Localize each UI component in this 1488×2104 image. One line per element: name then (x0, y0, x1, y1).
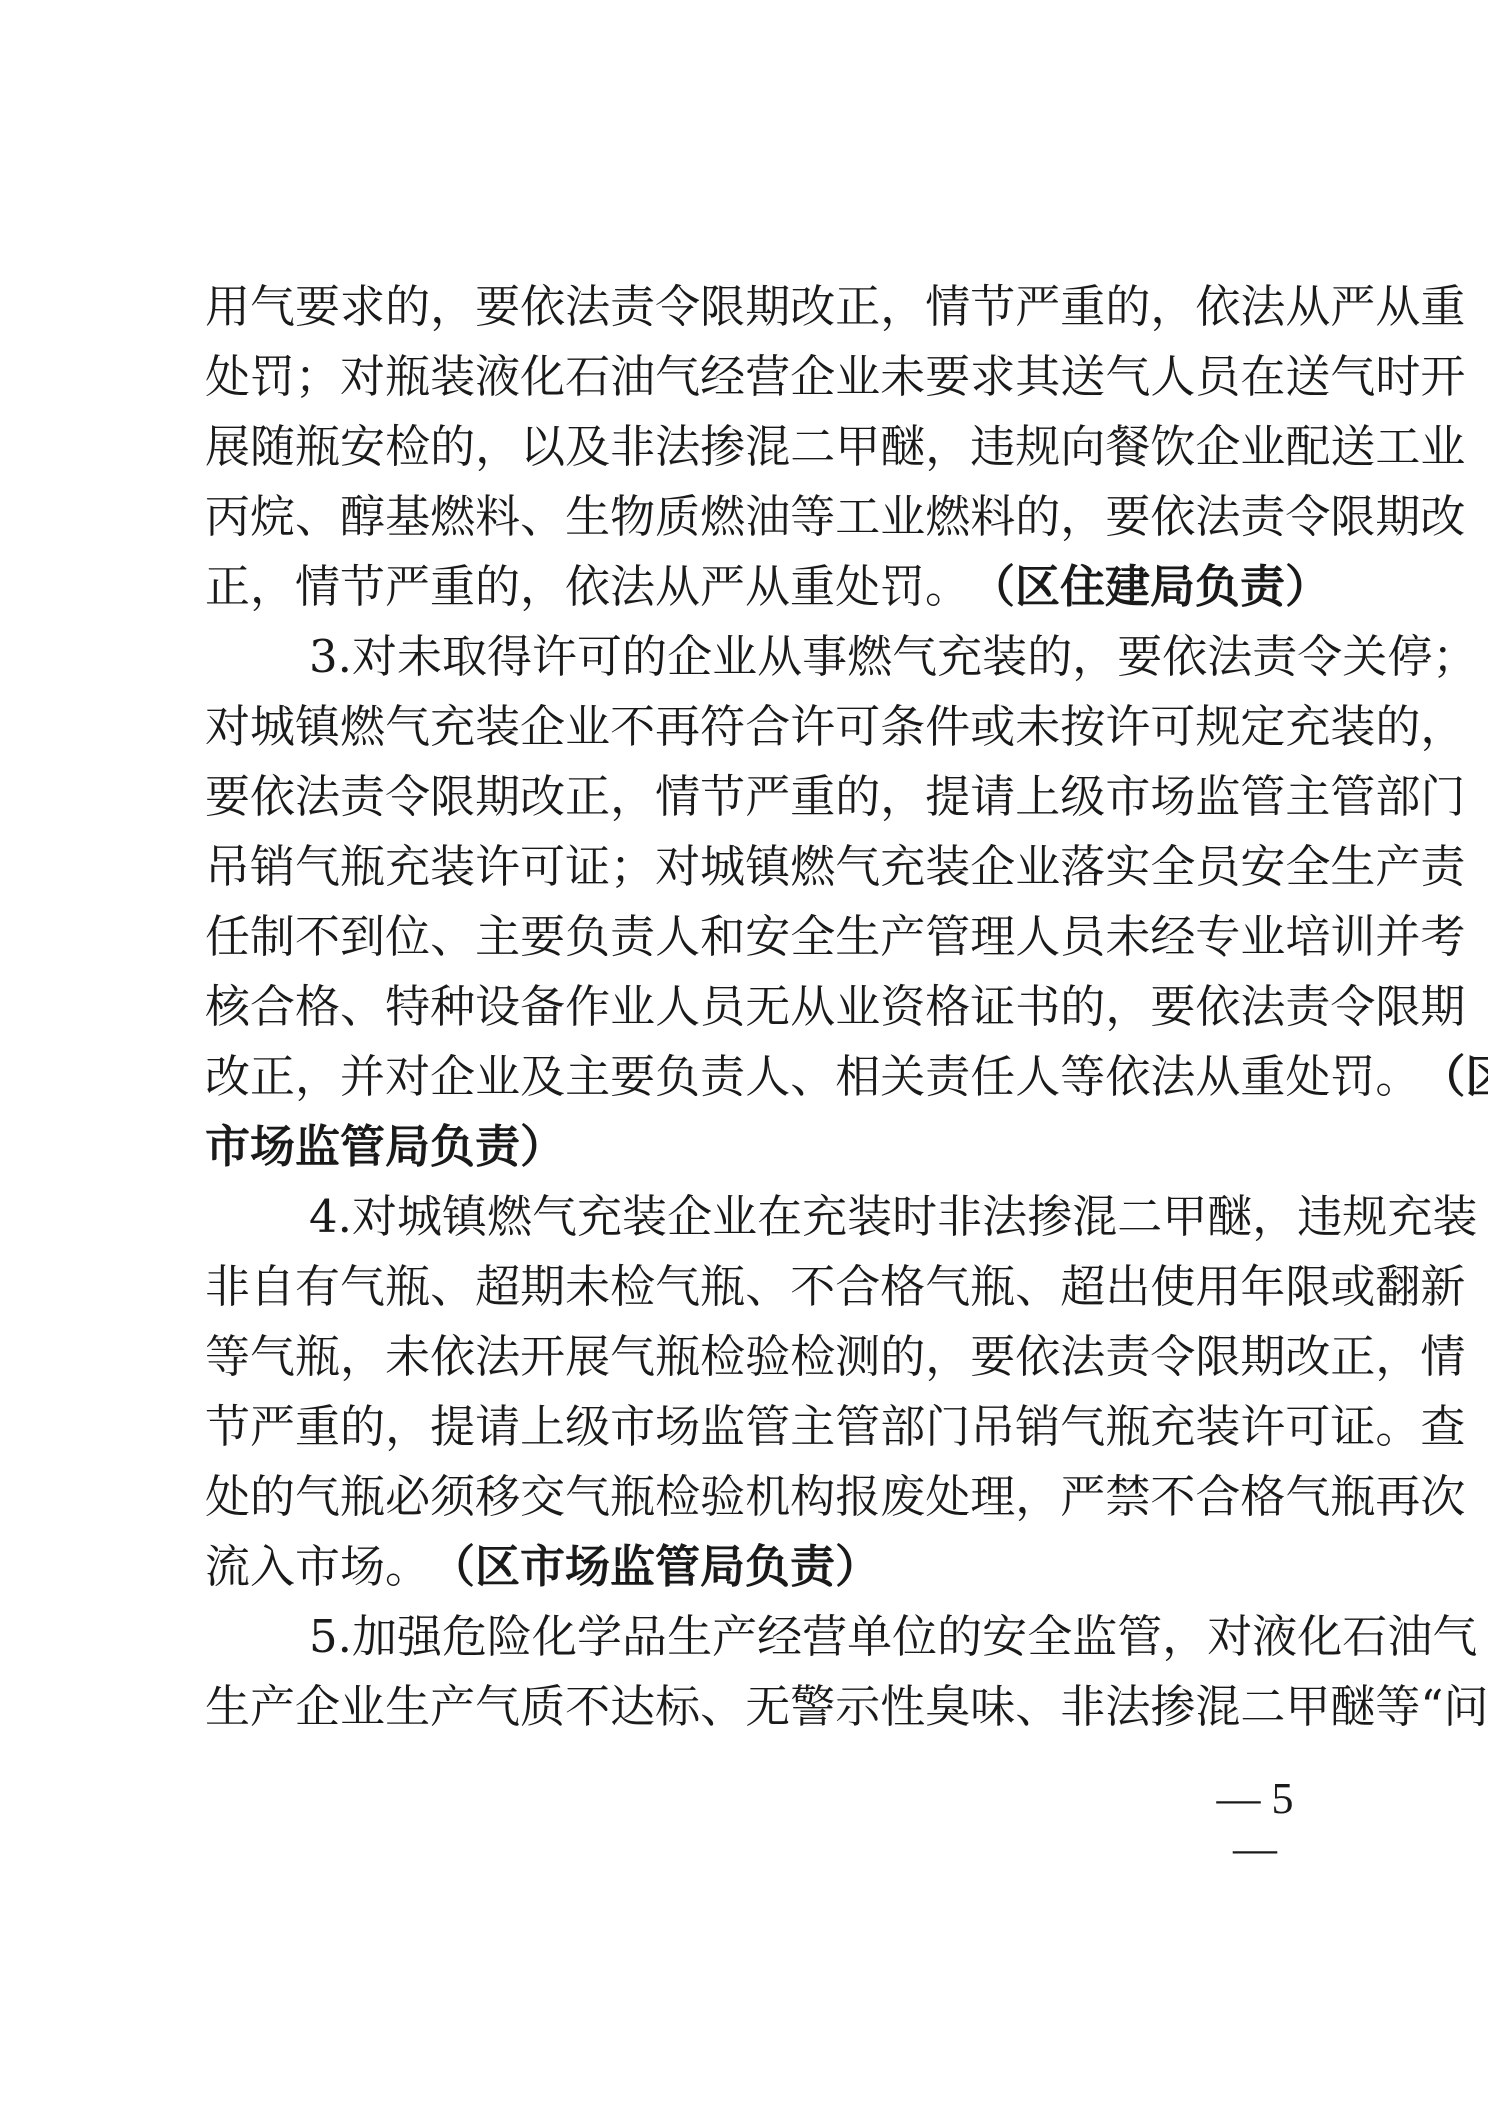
glyph: 未 (385, 1322, 430, 1392)
glyph: . (338, 1602, 352, 1672)
glyph: . (338, 1182, 352, 1252)
glyph: 业 (340, 1672, 385, 1742)
glyph: 二 (790, 412, 835, 482)
glyph: 无 (745, 1672, 790, 1742)
glyph: 从 (790, 972, 835, 1042)
glyph: 严 (745, 762, 790, 832)
glyph: 检 (385, 412, 430, 482)
glyph: 查 (1420, 1392, 1465, 1462)
glyph: 燃 (925, 482, 970, 552)
glyph: 构 (790, 1462, 835, 1532)
glyph: 气 (892, 622, 937, 692)
glyph: 节 (700, 762, 745, 832)
glyph: 责 (610, 902, 655, 972)
glyph: 开 (1420, 342, 1465, 412)
glyph: 市 (610, 1392, 655, 1462)
glyph: 石 (565, 342, 610, 412)
glyph: 情 (925, 272, 970, 342)
glyph: 报 (835, 1462, 880, 1532)
glyph: 要 (1105, 482, 1150, 552)
glyph: 依 (1105, 1042, 1150, 1112)
glyph: 依 (520, 272, 565, 342)
glyph: 书 (1015, 972, 1060, 1042)
glyph: 并 (340, 1042, 385, 1112)
glyph: 部 (880, 1392, 925, 1462)
glyph: 全 (1150, 832, 1195, 902)
glyph: 气 (655, 342, 700, 412)
glyph: 许 (790, 692, 835, 762)
text-line-17: 节严重的，提请上级市场监管主管部门吊销气瓶充装许可证。查 (205, 1392, 1315, 1462)
glyph: 须 (430, 1462, 475, 1532)
glyph: 安 (1240, 832, 1285, 902)
glyph: 使 (1150, 1252, 1195, 1322)
glyph: 随 (250, 412, 295, 482)
glyph: 作 (565, 972, 610, 1042)
glyph: 并 (1375, 902, 1420, 972)
glyph: 、 (430, 902, 475, 972)
glyph: 气 (1285, 1462, 1330, 1532)
glyph: 备 (520, 972, 565, 1042)
text-line-9: 吊销气瓶充装许可证；对城镇燃气充装企业落实全员安全生产责 (205, 832, 1315, 902)
glyph: 相 (835, 1042, 880, 1112)
glyph: 新 (1420, 1252, 1465, 1322)
glyph: 证 (1330, 1392, 1375, 1462)
glyph: 瓶 (295, 1322, 340, 1392)
glyph: 要 (475, 272, 520, 342)
text-line-11: 核合格、特种设备作业人员无从业资格证书的，要依法责令限期 (205, 972, 1315, 1042)
glyph: 安 (340, 412, 385, 482)
glyph: 证 (565, 832, 610, 902)
glyph: 醚 (1207, 1182, 1252, 1252)
glyph: 充 (1285, 692, 1330, 762)
glyph: 企 (667, 622, 712, 692)
glyph: 责 (610, 272, 655, 342)
text-line-8: 要依法责令限期改正，情节严重的，提请上级市场监管主管部门 (205, 762, 1315, 832)
glyph: 充 (937, 622, 982, 692)
glyph: ； (295, 342, 340, 412)
glyph: ， (385, 1392, 430, 1462)
glyph: 燃 (340, 692, 385, 762)
glyph: 得 (487, 622, 532, 692)
glyph: 燃 (430, 482, 475, 552)
glyph: 检 (610, 1252, 655, 1322)
glyph: 生 (385, 1672, 430, 1742)
item-4-start: 4.对城镇燃气充装企业在充装时非法掺混二甲醚，违规充装 (205, 1182, 1315, 1252)
glyph: 混 (1072, 1182, 1117, 1252)
glyph: 上 (520, 1392, 565, 1462)
glyph: ， (925, 412, 970, 482)
glyph: 其 (1015, 342, 1060, 412)
glyph: 到 (340, 902, 385, 972)
glyph: 请 (475, 1392, 520, 1462)
glyph: 示 (835, 1672, 880, 1742)
glyph: 气 (835, 832, 880, 902)
glyph: 重 (1240, 1042, 1285, 1112)
glyph: 次 (1420, 1462, 1465, 1532)
glyph: 的 (1060, 972, 1105, 1042)
glyph: 管 (1240, 762, 1285, 832)
glyph: 燃 (487, 1182, 532, 1252)
glyph: 场 (1150, 762, 1195, 832)
glyph: 验 (745, 1322, 790, 1392)
glyph: 测 (835, 1322, 880, 1392)
glyph: 强 (397, 1602, 442, 1672)
glyph: ； (1432, 622, 1477, 692)
glyph: 标 (655, 1672, 700, 1742)
glyph: 全 (1285, 832, 1330, 902)
glyph: 正 (1330, 1322, 1375, 1392)
text-line-4: 丙烷、醇基燃料、生物质燃油等工业燃料的，要依法责令限期改 (205, 482, 1315, 552)
glyph: 改 (1420, 482, 1465, 552)
glyph: 违 (1297, 1182, 1342, 1252)
glyph: 质 (520, 1672, 565, 1742)
glyph: 请 (970, 762, 1015, 832)
glyph: ， (1150, 272, 1195, 342)
glyph: ， (1420, 692, 1465, 762)
glyph: 令 (1297, 622, 1342, 692)
glyph: 格 (295, 972, 340, 1042)
glyph: 向 (1060, 412, 1105, 482)
item-5-start: 5.加强危险化学品生产经营单位的安全监管，对液化石油气 (205, 1602, 1315, 1672)
glyph: 管 (835, 1392, 880, 1462)
glyph: 燃 (700, 482, 745, 552)
glyph: 加 (352, 1602, 397, 1672)
glyph: 专 (1195, 902, 1240, 972)
responsible-dept: （区住建局负责） (970, 552, 1330, 622)
glyph: 、 (745, 1252, 790, 1322)
glyph: ； (610, 832, 655, 902)
glyph: 期 (1375, 482, 1420, 552)
glyph: 装 (1195, 1392, 1240, 1462)
glyph: 送 (1285, 342, 1330, 412)
glyph: 市 (1105, 762, 1150, 832)
glyph: 主 (565, 1042, 610, 1112)
glyph: 改 (205, 1042, 250, 1112)
glyph: 正 (250, 1042, 295, 1112)
glyph: 。 (1375, 1392, 1420, 1462)
glyph: 令 (1285, 482, 1330, 552)
glyph: 有 (295, 1252, 340, 1322)
glyph: 节 (205, 1392, 250, 1462)
glyph: 甲 (1162, 1182, 1207, 1252)
glyph: 生 (1330, 832, 1375, 902)
glyph: 产 (880, 902, 925, 972)
glyph: 实 (1105, 832, 1150, 902)
glyph: 单 (847, 1602, 892, 1672)
glyph: 混 (745, 412, 790, 482)
glyph: 的 (250, 1462, 295, 1532)
glyph: 瓶 (295, 412, 340, 482)
glyph: 处 (205, 342, 250, 412)
glyph: 年 (1240, 1252, 1285, 1322)
glyph: 质 (655, 482, 700, 552)
glyph: 规 (1342, 1182, 1387, 1252)
glyph: ， (475, 412, 520, 482)
glyph: 展 (205, 412, 250, 482)
glyph: 监 (1195, 762, 1240, 832)
glyph: 情 (655, 762, 700, 832)
glyph: 令 (1330, 972, 1375, 1042)
glyph: 处 (1285, 1042, 1330, 1112)
glyph: 对 (1207, 1602, 1252, 1672)
glyph: 充 (430, 692, 475, 762)
glyph: 不 (610, 692, 655, 762)
text-line-15: 非自有气瓶、超期未检气瓶、不合格气瓶、超出使用年限或翻新 (205, 1252, 1315, 1322)
glyph: 吊 (970, 1392, 1015, 1462)
glyph: 企 (970, 832, 1015, 902)
glyph: 瓶 (340, 1462, 385, 1532)
glyph: 级 (565, 1392, 610, 1462)
glyph: 业 (1240, 902, 1285, 972)
glyph: 可 (835, 692, 880, 762)
glyph: 全 (1027, 1602, 1072, 1672)
glyph: 化 (1297, 1602, 1342, 1672)
glyph: 或 (1330, 1252, 1375, 1322)
glyph: 依 (1195, 972, 1240, 1042)
glyph: 管 (1117, 1602, 1162, 1672)
glyph: 员 (700, 972, 745, 1042)
glyph: 工 (835, 482, 880, 552)
glyph: 液 (1252, 1602, 1297, 1672)
glyph: 非 (205, 1252, 250, 1322)
glyph: 危 (442, 1602, 487, 1672)
text-line-10: 任制不到位、主要负责人和安全生产管理人员未经专业培训并考 (205, 902, 1315, 972)
glyph: 格 (925, 972, 970, 1042)
glyph: 主 (475, 902, 520, 972)
body-text: 用气要求的，要依法责令限期改正，情节严重的，依法从严从重 处罚；对瓶装液化石油气… (205, 272, 1315, 1742)
glyph: 重 (295, 1392, 340, 1462)
glyph: 。 (1375, 1042, 1420, 1112)
glyph: 主 (790, 1392, 835, 1462)
glyph: 资 (880, 972, 925, 1042)
glyph: 化 (520, 342, 565, 412)
glyph: 重 (790, 762, 835, 832)
glyph: 对 (352, 622, 397, 692)
glyph: 的 (385, 272, 430, 342)
glyph: 品 (622, 1602, 667, 1672)
glyph: 证 (970, 972, 1015, 1042)
glyph: 或 (970, 692, 1015, 762)
glyph: 要 (925, 342, 970, 412)
glyph: 醚 (880, 412, 925, 482)
glyph: 充 (802, 1182, 847, 1252)
glyph: 管 (1330, 762, 1375, 832)
glyph: 城 (397, 1182, 442, 1252)
glyph: 生 (835, 902, 880, 972)
glyph: 学 (577, 1602, 622, 1672)
glyph: 要 (1150, 972, 1195, 1042)
glyph: 的 (340, 1392, 385, 1462)
glyph: 特 (385, 972, 430, 1042)
glyph: 掺 (700, 412, 745, 482)
glyph: 许 (532, 622, 577, 692)
glyph: 、 (295, 482, 340, 552)
glyph: ， (1162, 1602, 1207, 1672)
glyph: 管 (745, 1392, 790, 1462)
glyph: ， (295, 1042, 340, 1112)
glyph: 安 (745, 902, 790, 972)
glyph: 非 (937, 1182, 982, 1252)
glyph: 以 (520, 412, 565, 482)
glyph: 格 (880, 1252, 925, 1322)
glyph: 丙 (205, 482, 250, 552)
glyph: 依 (1195, 272, 1240, 342)
glyph: 对 (352, 1182, 397, 1252)
glyph: 、 (520, 482, 565, 552)
glyph: 问 (1443, 1672, 1488, 1742)
glyph: 工 (1375, 412, 1420, 482)
glyph: 警 (790, 1672, 835, 1742)
glyph: 充 (1150, 1392, 1195, 1462)
glyph: 位 (385, 902, 430, 972)
glyph: 非 (1060, 1672, 1105, 1742)
glyph: 充 (880, 832, 925, 902)
glyph: 石 (1342, 1602, 1387, 1672)
glyph: 臭 (925, 1672, 970, 1742)
glyph: 气 (1105, 342, 1150, 412)
glyph: 培 (1285, 902, 1330, 972)
glyph: 可 (1285, 1392, 1330, 1462)
glyph: 的 (1375, 692, 1420, 762)
glyph: 监 (1072, 1602, 1117, 1672)
glyph: 制 (250, 902, 295, 972)
glyph: 无 (745, 972, 790, 1042)
glyph: 企 (790, 342, 835, 412)
glyph: 不 (1150, 1462, 1195, 1532)
glyph: 合 (250, 972, 295, 1042)
glyph: 业 (1015, 832, 1060, 902)
glyph: 法 (1240, 272, 1285, 342)
glyph: 、 (790, 1042, 835, 1112)
glyph: 令 (655, 272, 700, 342)
glyph: 处 (205, 1462, 250, 1532)
glyph: 罚 (1330, 1042, 1375, 1112)
glyph: 按 (1060, 692, 1105, 762)
glyph: . (338, 622, 352, 692)
glyph: 3 (309, 622, 338, 692)
glyph: 装 (622, 1182, 667, 1252)
glyph: 许 (1240, 1392, 1285, 1462)
glyph: 瓶 (340, 832, 385, 902)
glyph: 配 (1285, 412, 1330, 482)
glyph: 业 (712, 622, 757, 692)
glyph: 求 (970, 342, 1015, 412)
glyph: 关 (1342, 622, 1387, 692)
glyph: 可 (1150, 692, 1195, 762)
glyph: 人 (1150, 342, 1195, 412)
glyph: 移 (475, 1462, 520, 1532)
responsible-dept: 市场监管局负责） (205, 1112, 565, 1182)
glyph: 从 (757, 622, 802, 692)
glyph: 的 (1027, 622, 1072, 692)
glyph: 人 (1015, 902, 1060, 972)
glyph: 料 (475, 482, 520, 552)
glyph: 气 (340, 1252, 385, 1322)
glyph: 部 (1375, 762, 1420, 832)
glyph: 条 (880, 692, 925, 762)
glyph: 定 (1240, 692, 1285, 762)
glyph: 任 (205, 902, 250, 972)
glyph: 掺 (1150, 1672, 1195, 1742)
glyph: 等 (790, 482, 835, 552)
glyph: 依 (250, 762, 295, 832)
glyph: 饮 (1150, 412, 1195, 482)
glyph: 餐 (1105, 412, 1150, 482)
glyph: “ (1420, 1672, 1443, 1742)
glyph: ， (340, 1322, 385, 1392)
glyph: 气 (1330, 342, 1375, 412)
glyph: 要 (295, 272, 340, 342)
glyph: 醇 (340, 482, 385, 552)
glyph: 监 (700, 1392, 745, 1462)
glyph: ， (880, 762, 925, 832)
glyph: 镇 (295, 692, 340, 762)
glyph: 依 (1162, 622, 1207, 692)
glyph: 期 (475, 762, 520, 832)
glyph: 关 (880, 1042, 925, 1112)
glyph: 超 (1060, 1252, 1105, 1322)
glyph: ， (610, 762, 655, 832)
glyph: 等 (1375, 1672, 1420, 1742)
text-line-12: 改正，并对企业及主要负责人、相关责任人等依法从重处罚。（区 (205, 1042, 1315, 1112)
glyph: ， (880, 272, 925, 342)
glyph: 业 (565, 692, 610, 762)
glyph: 气 (295, 1462, 340, 1532)
glyph: 期 (1240, 1322, 1285, 1392)
glyph: 生 (205, 1672, 250, 1742)
glyph: 重 (1060, 272, 1105, 342)
glyph: 人 (655, 972, 700, 1042)
glyph: 责 (700, 1042, 745, 1112)
text-line-13: 市场监管局负责） (205, 1112, 1315, 1182)
glyph: 要 (1117, 622, 1162, 692)
glyph: 区 (1465, 1042, 1488, 1112)
glyph: 油 (610, 342, 655, 412)
glyph: 等 (1060, 1042, 1105, 1112)
glyph: 法 (1060, 1322, 1105, 1392)
glyph: 气 (610, 1322, 655, 1392)
glyph: 限 (430, 762, 475, 832)
glyph: 重 (1420, 272, 1465, 342)
glyph: 味 (970, 1672, 1015, 1742)
glyph: 瓶 (610, 1462, 655, 1532)
glyph: 令 (1150, 1322, 1195, 1392)
page-number: — 5 — (1190, 1774, 1320, 1874)
text-line-5: 正，情节严重的，依法从严从重处罚。（区住建局负责） (205, 552, 1315, 622)
glyph: 混 (1195, 1672, 1240, 1742)
glyph: 人 (1015, 1042, 1060, 1112)
glyph: 禁 (1105, 1462, 1150, 1532)
glyph: 未 (565, 1252, 610, 1322)
glyph: 理 (970, 902, 1015, 972)
document-page: 用气要求的，要依法责令限期改正，情节严重的，依法从严从重 处罚；对瓶装液化石油气… (0, 0, 1488, 2104)
glyph: 规 (1195, 692, 1240, 762)
glyph: 业 (712, 1182, 757, 1252)
glyph: 从 (1195, 1042, 1240, 1112)
glyph: 责 (1285, 972, 1330, 1042)
glyph: 管 (925, 902, 970, 972)
glyph: 严 (1060, 1462, 1105, 1532)
glyph: 的 (880, 1322, 925, 1392)
glyph: 限 (1195, 1322, 1240, 1392)
glyph: 再 (655, 692, 700, 762)
glyph: 油 (1387, 1602, 1432, 1672)
glyph: 时 (892, 1182, 937, 1252)
glyph: 责 (1240, 482, 1285, 552)
glyph: 瓶 (655, 1322, 700, 1392)
glyph: 处 (925, 1462, 970, 1532)
glyph: 员 (1195, 342, 1240, 412)
